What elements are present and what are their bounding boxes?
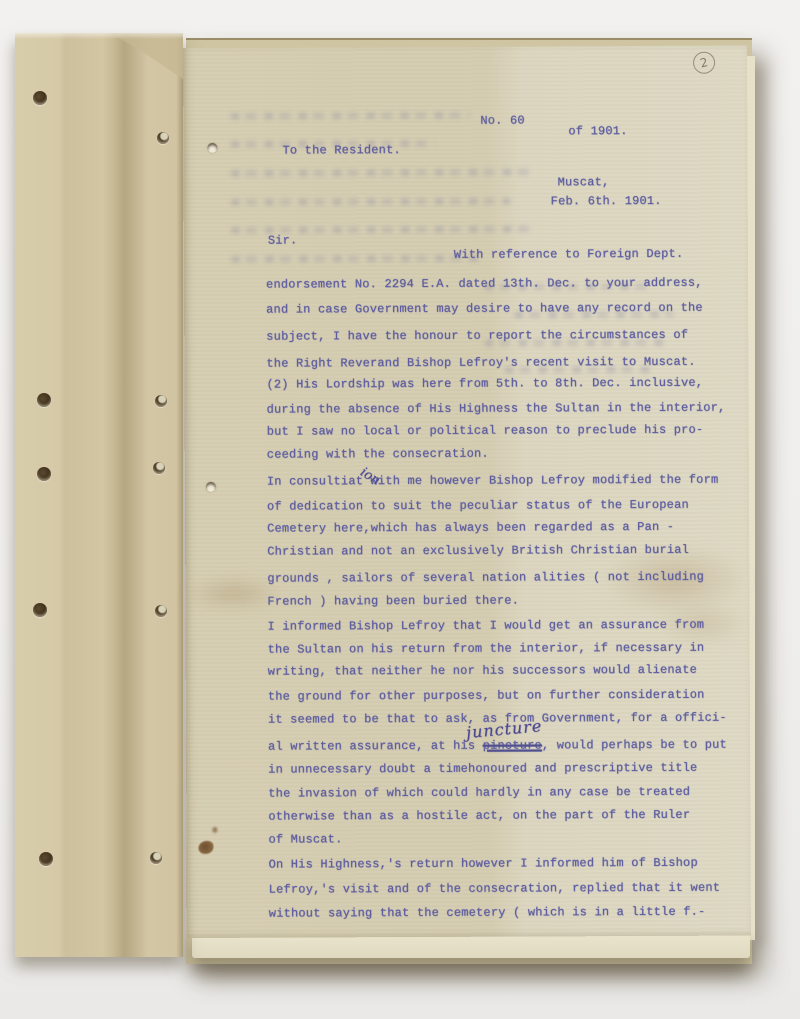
letter-date: Feb. 6th. 1901. (551, 194, 662, 208)
typed-line-12: Christian and not an exclusively British… (267, 543, 689, 559)
letter-year: of 1901. (568, 124, 627, 138)
letter-addressee: To the Resident. (282, 143, 400, 158)
file-binding-strips (15, 33, 183, 957)
bleed-through-mark (230, 112, 470, 120)
typed-line-27: without saying that the cemetery ( which… (269, 905, 706, 921)
struck-out-word: pincture (483, 738, 542, 752)
typed-text: In consultiat (267, 474, 363, 488)
typed-line-26: Lefroy,'s visit and of the consecration,… (269, 881, 721, 897)
ink-stain (212, 827, 217, 833)
punch-hole (150, 852, 162, 864)
typed-line-13: grounds , sailors of several nation alit… (267, 570, 704, 586)
letter-place: Muscat, (558, 175, 610, 189)
typed-line-21: in unnecessary doubt a timehonoured and … (268, 761, 697, 777)
typed-line-25: On His Highness,'s return however I info… (269, 856, 698, 872)
typed-line-10: of dedication to suit the peculiar statu… (267, 498, 689, 514)
typed-line-8: ceeding with the consecration. (267, 447, 489, 462)
typed-line-4: the Right Reverand Bishop Lefroy's recen… (266, 355, 695, 371)
typed-line-5: (2) His Lordship was here from 5th. to 8… (266, 376, 703, 392)
ink-stain (198, 841, 213, 854)
punch-hole (37, 467, 51, 481)
punch-hole (37, 393, 51, 407)
typed-line-11: Cemetery here,which has always been rega… (267, 520, 674, 536)
bleed-through-mark (231, 168, 531, 176)
archival-scan: 2 No. 60 of 1901. To the Resident. Musca… (0, 0, 800, 1019)
typed-line-9: In consultiat with me however Bishop Lef… (267, 473, 719, 489)
typed-line-2: and in case Government may desire to hav… (266, 301, 703, 317)
punch-hole (33, 91, 47, 105)
letter-number: No. 60 (480, 114, 524, 128)
punch-hole (155, 395, 167, 407)
typed-line-3: subject, I have the honour to report the… (266, 328, 688, 344)
typed-line-16: the Sultan on his return from the interi… (268, 641, 705, 657)
typed-text: , would perhaps be to put (542, 738, 727, 753)
punch-hole (155, 605, 167, 617)
typed-line-24: of Muscat. (268, 832, 342, 846)
punch-hole (33, 603, 47, 617)
letter-salutation: Sir. (268, 234, 298, 248)
page-punch-hole (207, 143, 217, 153)
typed-line-6: during the absence of His Highness the S… (267, 401, 726, 417)
letter-opening: With reference to Foreign Dept. (454, 247, 683, 262)
bleed-through-mark (231, 225, 531, 233)
page-punch-hole (206, 482, 216, 492)
typed-line-7: but I saw no local or political reason t… (267, 423, 704, 439)
typed-line-22: the invasion of which could hardly in an… (268, 785, 690, 801)
punch-hole (153, 462, 165, 474)
folio-number-pencil: 2 (691, 50, 717, 76)
typed-line-20: al written assurance, at his pincture, w… (268, 738, 727, 754)
typed-text: with me however Bishop Lefroy modified t… (363, 473, 718, 489)
typed-line-15: I informed Bishop Lefroy that I would ge… (267, 618, 704, 634)
typed-line-18: the ground for other purposes, but on fu… (268, 688, 705, 704)
typed-line-1: endorsement No. 2294 E.A. dated 13th. De… (266, 276, 703, 292)
typed-letter-page: 2 No. 60 of 1901. To the Resident. Musca… (183, 46, 751, 938)
bleed-through-mark (231, 255, 481, 263)
punch-hole (157, 132, 169, 144)
typed-line-17: writing, that neither he nor his success… (268, 663, 697, 679)
typed-line-23: otherwise than as a hostile act, on the … (268, 808, 690, 824)
typed-text: al written assurance, at his (268, 739, 483, 754)
punch-hole (39, 852, 53, 866)
bleed-through-mark (231, 198, 511, 206)
typed-line-14: French ) having been buried there. (267, 594, 519, 609)
